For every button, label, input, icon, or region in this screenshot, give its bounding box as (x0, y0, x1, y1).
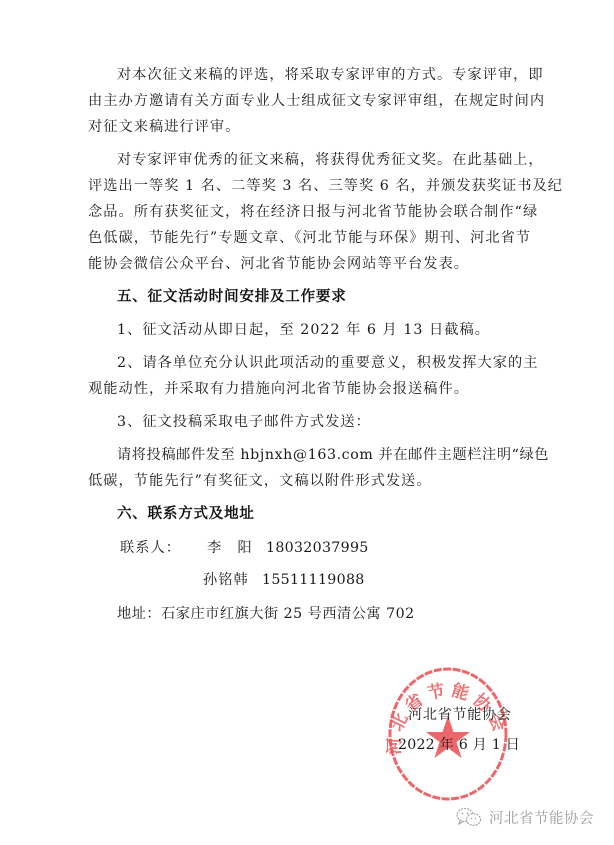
signature-date: 2022 年 6 月 1 日 (398, 735, 520, 755)
email-paragraph-line-1: 请将投稿邮件发至 hbjnxh@163.com 并在邮件主题栏注明“绿色 (117, 445, 549, 465)
signature-organization: 河北省节能协会 (408, 705, 512, 725)
contact-2-name: 孙铭韩 (203, 570, 249, 590)
paragraph-2-line-3: 念品。所有获奖征文，将在经济日报与河北省节能协会联合制作“绿 (88, 202, 538, 222)
email-paragraph-line-2: 低碳，节能先行”有奖征文，文稿以附件形式发送。 (88, 471, 432, 491)
paragraph-2-line-1: 对专家评审优秀的征文来稿，将获得优秀征文奖。在此基础上， (117, 150, 544, 170)
contact-1-phone: 18032037995 (266, 538, 369, 558)
paragraph-1-line-3: 对征文来稿进行评审。 (88, 117, 240, 137)
paragraph-2-line-5: 能协会微信公众平台、河北省节能协会网站等平台发表。 (88, 254, 469, 274)
contact-2-phone: 15511119088 (262, 570, 365, 590)
document-page: 对本次征文来稿的评选，将采取专家评审的方式。专家评审，即 由主办方邀请有关方面专… (0, 0, 614, 845)
watermark-text: 河北省节能协会 (489, 807, 594, 828)
official-seal-stamp: 河北省节能协会 (386, 666, 510, 802)
paragraph-2-line-4: 色低碳，节能先行”专题文章、《河北节能与环保》期刊、河北省节 (88, 228, 531, 248)
section-5-item-1: 1、征文活动从即日起，至 2022 年 6 月 13 日截稿。 (117, 320, 490, 340)
address: 地址：石家庄市红旗大街 25 号西清公寓 702 (117, 604, 415, 624)
section-5-item-2-line-1: 2、请各单位充分认识此项活动的重要意义，积极发挥大家的主 (117, 353, 539, 373)
wechat-icon (455, 806, 483, 828)
paragraph-1-line-1: 对本次征文来稿的评选，将采取专家评审的方式。专家评审，即 (117, 65, 544, 85)
contact-label: 联系人： (120, 538, 181, 558)
paragraph-2-line-2: 评选出一等奖 1 名、二等奖 3 名、三等奖 6 名，并颁发获奖证书及纪 (88, 176, 563, 196)
section-5-item-2-line-2: 观能动性，并采取有力措施向河北省节能协会报送稿件。 (88, 379, 469, 399)
paragraph-1-line-2: 由主办方邀请有关方面专业人士组成征文专家评审组，在规定时间内 (88, 91, 545, 111)
section-6-heading: 六、联系方式及地址 (117, 504, 255, 524)
wechat-watermark: 河北省节能协会 (455, 804, 594, 830)
section-5-item-3: 3、征文投稿采取电子邮件方式发送： (117, 412, 371, 432)
section-5-heading: 五、征文活动时间安排及工作要求 (117, 287, 347, 307)
contact-1-name: 李 阳 (207, 538, 253, 558)
